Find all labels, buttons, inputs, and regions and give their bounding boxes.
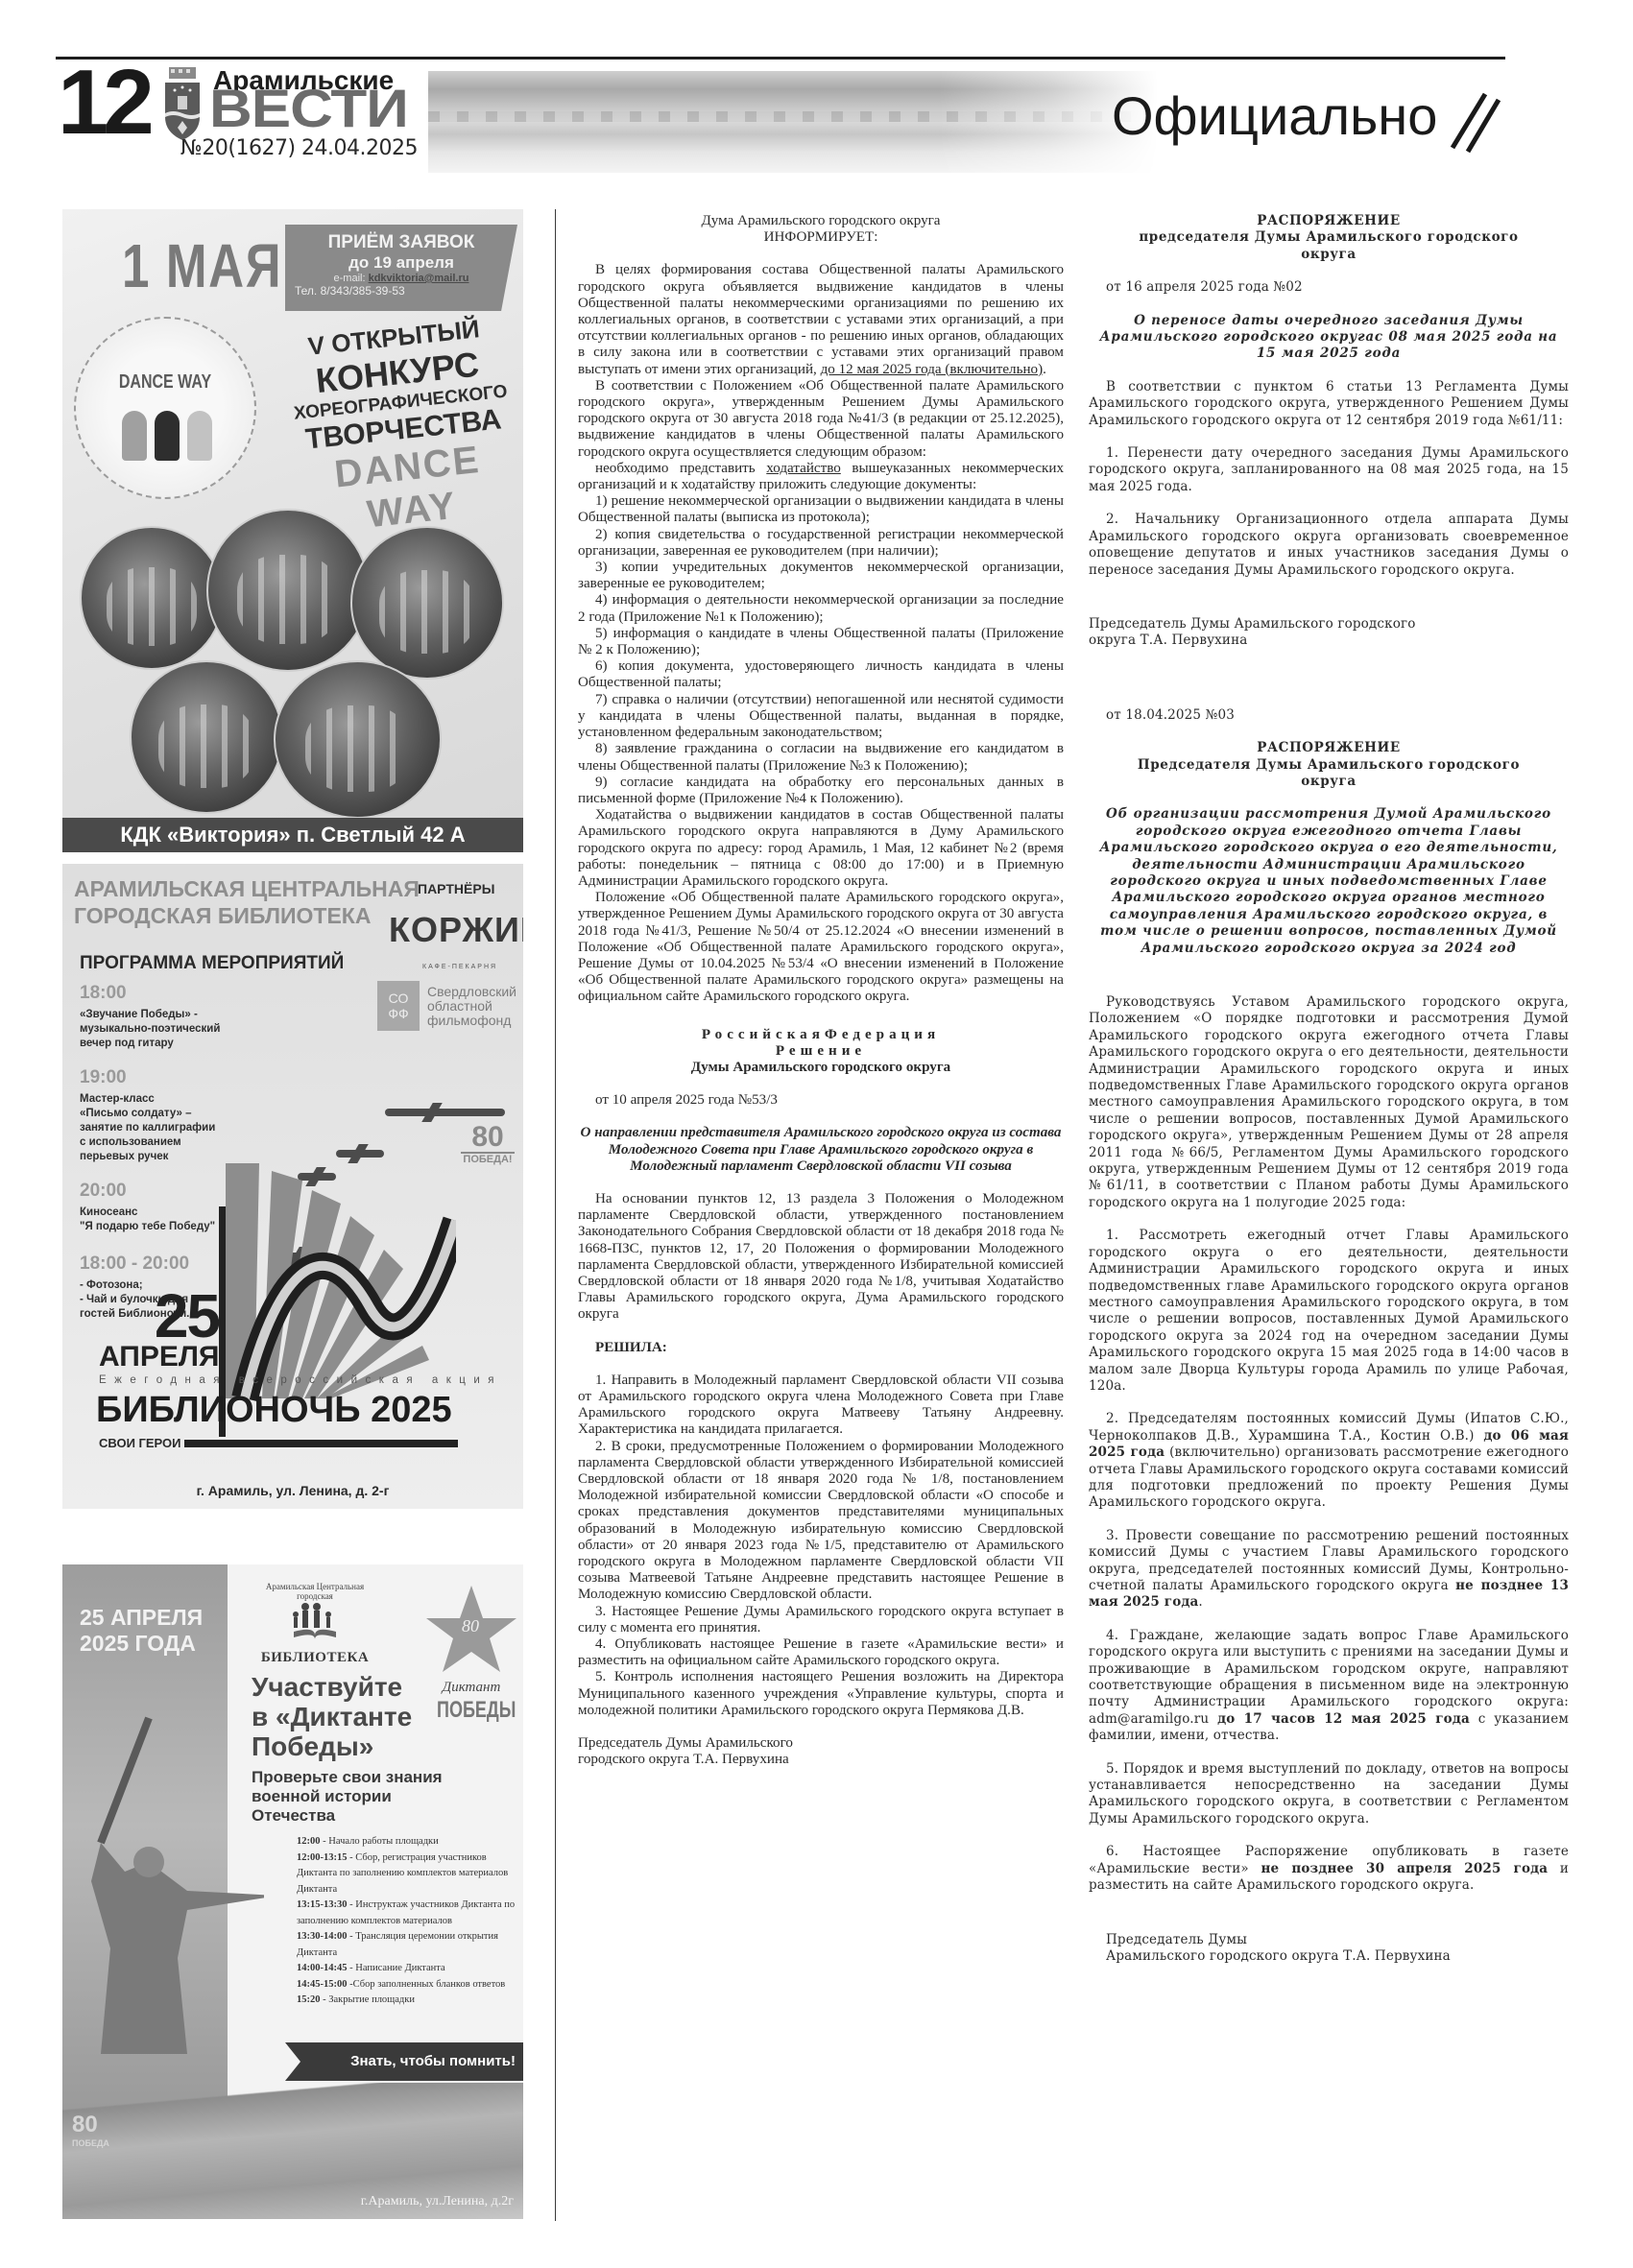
page-number: 12 (58, 61, 149, 144)
order2-header-type: РАСПОРЯЖЕНИЕ (1089, 740, 1569, 756)
document-list-item: 6) копия документа, удостоверяющего личн… (578, 658, 1064, 691)
schedule-text: Написание Диктанта (355, 1963, 444, 1973)
order2-header-org: Председателя Думы Арамильского городског… (1089, 757, 1569, 791)
schedule-time: 12:00 (297, 1836, 321, 1847)
dictation-logo: 80 Диктант ПОБЕДЫ (425, 1584, 517, 1732)
paragraph-text: необходимо представить (595, 461, 766, 476)
order2-item: 1. Рассмотреть ежегодный отчет Главы Ара… (1089, 1228, 1569, 1395)
decision-item: 2. В сроки, предусмотренные Положением о… (578, 1439, 1064, 1604)
decision-header-country: РоссийскаяФедерация (578, 1027, 1064, 1043)
order2-preamble: Руководствуясь Уставом Арамильского горо… (1089, 994, 1569, 1211)
inform-header-org: Дума Арамильского городского округа (578, 213, 1064, 229)
schedule-time: 15:20 (297, 1994, 321, 2005)
middle-column: Дума Арамильского городского округа ИНФО… (578, 213, 1064, 1768)
biblionoch-subtitle: СВОИ ГЕРОИ (99, 1436, 181, 1450)
deadline-underlined: до 12 мая 2025 года (включительно) (821, 362, 1044, 377)
decision-item: 5. Контроль исполнения настоящего Решени… (578, 1669, 1064, 1719)
inform-paragraph: Ходатайства о выдвижении кандидатов в со… (578, 807, 1064, 890)
order1-header-org: председателя Думы Арамильского городског… (1089, 229, 1569, 263)
order1-preamble: В соответствии с пунктом 6 статьи 13 Рег… (1089, 379, 1569, 429)
dance-ad-venue: КДК «Виктория» п. Светлый 42 А (62, 818, 523, 852)
order1-signature: Председатель Думы Арамильского городског… (1089, 616, 1569, 650)
dictation-subheadline: Проверьте свои знания военной истории От… (252, 1768, 443, 1826)
decision-preamble: На основании пунктов 12, 13 раздела 3 По… (578, 1191, 1064, 1324)
order2-item: 4. Граждане, желающие задать вопрос Глав… (1089, 1628, 1569, 1745)
inform-paragraph: необходимо представить ходатайство вышеу… (578, 461, 1064, 493)
headline-line: Победы» (252, 1731, 412, 1761)
double-slash-icon (1445, 88, 1502, 155)
headline-line: в «Диктанте (252, 1702, 412, 1731)
schedule-item: 12:00-13:15 - Сбор, регистрация участник… (297, 1850, 517, 1898)
order2-item: 3. Провести совещание по рассмотрению ре… (1089, 1528, 1569, 1611)
signature-line: Арамильского городского округа Т.А. Перв… (1106, 1948, 1569, 1965)
schedule-item: 13:15-13:30 - Инструктаж участников Дикт… (297, 1898, 517, 1929)
subheadline-line: Отечества (252, 1806, 443, 1826)
deadline-bold: до 17 часов 12 мая 2025 года (1217, 1711, 1470, 1727)
dancing-child-figure-icon (122, 411, 147, 461)
signature-line: Председатель Думы Арамильского городског… (1089, 616, 1569, 633)
order1-header-type: РАСПОРЯЖЕНИЕ (1089, 213, 1569, 229)
dance-contest-title: V ОТКРЫТЫЙ КОНКУРС ХОРЕОГРАФИЧЕСКОГО ТВО… (282, 312, 523, 544)
order1-date: от 16 апреля 2025 года №02 (1089, 279, 1569, 296)
dance-photo-circle (274, 660, 442, 819)
schedule-item: 14:45-15:00 -Сбор заполненных бланков от… (297, 1977, 517, 1993)
biblionoch-month: АПРЕЛЯ (99, 1341, 219, 1373)
signature-line: Председатель Думы Арамильского (578, 1735, 1064, 1752)
headline-line: Участвуйте (252, 1672, 412, 1702)
library-name-line: ГОРОДСКАЯ БИБЛИОТЕКА (74, 902, 420, 929)
dance-way-logo-name: DANCE WAY (94, 371, 237, 394)
korzhik-logo: КОРЖИК (389, 910, 523, 950)
filmfond-name: Свердловский областной фильмофонд (427, 985, 516, 1028)
program-event: 18:00 «Звучание Победы» - музыкально-поэ… (80, 983, 252, 1051)
decision-title: О направлении представителя Арамильского… (578, 1125, 1064, 1175)
schedule-text: Сбор заполненных бланков ответов (353, 1979, 506, 1990)
event-description: Мастер-класс «Письмо солдату» – занятие … (80, 1092, 252, 1164)
dance-photo-circle (80, 526, 224, 670)
library-name: АРАМИЛЬСКАЯ ЦЕНТРАЛЬНАЯ ГОРОДСКАЯ БИБЛИО… (74, 875, 420, 929)
dance-contest-ad: 1 МАЯ ПРИЁМ ЗАЯВОК до 19 апреля e-mail: … (62, 209, 523, 852)
column-divider (555, 209, 556, 2221)
application-email-link[interactable]: kdkviktoria@mail.ru (369, 273, 469, 284)
paragraph-text: В целях формирования состава Общественно… (578, 262, 1064, 376)
decorative-bar (184, 1440, 458, 1447)
dictation-schedule: 12:00 - Начало работы площадки 12:00-13:… (297, 1834, 517, 2009)
document-list-item: 4) информация о деятельности некоммерчес… (578, 592, 1064, 625)
schedule-item: 12:00 - Начало работы площадки (297, 1834, 517, 1850)
document-list-item: 2) копия свидетельства о государственной… (578, 527, 1064, 560)
dictation-headline: Участвуйте в «Диктанте Победы» (252, 1672, 412, 1761)
library-logo-arc-text: Арамильская Центральная городская (252, 1582, 377, 1601)
inform-header-title: ИНФОРМИРУЕТ: (578, 229, 1064, 246)
victory-dictation-ad: 25 АПРЕЛЯ 2025 ГОДА Арамильская Централь… (62, 1564, 523, 2219)
order2-item: 5. Порядок и время выступлений по доклад… (1089, 1761, 1569, 1828)
family-book-icon (286, 1601, 344, 1639)
decision-signature: Председатель Думы Арамильского городског… (578, 1735, 1064, 1768)
schedule-item: 14:00-14:45 - Написание Диктанта (297, 1961, 517, 1977)
deadline-bold: не позднее 30 апреля 2025 года (1261, 1861, 1549, 1876)
schedule-time: 13:15-13:30 (297, 1899, 348, 1910)
biblionoch-ad: АРАМИЛЬСКАЯ ЦЕНТРАЛЬНАЯ ГОРОДСКАЯ БИБЛИО… (62, 864, 523, 1555)
biblionoch-day: 25 (89, 1286, 219, 1346)
schedule-text: Закрытие площадки (328, 1994, 415, 2005)
order2-item: 2. Председателям постоянных комиссий Дум… (1089, 1411, 1569, 1511)
issue-number-date: №20(1627) 24.04.2025 (180, 136, 418, 160)
victory-80-badge: 80 ПОБЕДА! (461, 1123, 515, 1165)
order1-title: О переносе даты очередного заседания Дум… (1089, 313, 1569, 363)
victory-badge-number: 80 (461, 1123, 515, 1152)
dictation-slogan: Знать, чтобы помнить! (285, 2042, 523, 2081)
library-name-line: АРАМИЛЬСКАЯ ЦЕНТРАЛЬНАЯ (74, 875, 420, 902)
document-list-item: 3) копии учредительных документов некомм… (578, 560, 1064, 592)
partners-label: ПАРТНЁРЫ (418, 881, 494, 896)
library-logo: Арамильская Центральная городская БИБЛИО… (252, 1582, 377, 1666)
dance-photo-circle (350, 526, 504, 680)
document-list-item: 1) решение некоммерческой организации о … (578, 493, 1064, 526)
decision-item: 4. Опубликовать настоящее Решение в газе… (578, 1636, 1064, 1669)
svg-text:80: 80 (462, 1616, 479, 1635)
decision-item: 1. Направить в Молодежный парламент Свер… (578, 1373, 1064, 1439)
event-description: «Звучание Победы» - музыкально-поэтическ… (80, 1008, 252, 1051)
decision-header-type: Решение (578, 1043, 1064, 1060)
program-title: ПРОГРАММА МЕРОПРИЯТИЙ (80, 953, 344, 974)
airplane-icon (336, 1150, 384, 1158)
order2-date: от 18.04.2025 №03 (1089, 707, 1569, 724)
decision-resolved-label: РЕШИЛА: (578, 1340, 1064, 1356)
document-list-item: 7) справка о наличии (отсутствии) непога… (578, 692, 1064, 742)
schedule-text: Начало работы площадки (328, 1836, 439, 1847)
section-title: Официально (1112, 84, 1437, 147)
masthead-landscape-photo (428, 71, 1158, 173)
dancing-child-figure-icon (155, 411, 180, 461)
motherland-statue-icon (72, 1708, 264, 2054)
schedule-time: 12:00-13:15 (297, 1852, 348, 1863)
filmfond-logo-icon: СО ФФ (377, 981, 420, 1031)
application-email-line: e-mail: kdkviktoria@mail.ru (285, 273, 517, 284)
decision-item: 3. Настоящее Решение Думы Арамильского г… (578, 1604, 1064, 1636)
filmfond-name-line: областной (427, 999, 516, 1014)
book-ribbon-illustration-icon (216, 1163, 456, 1403)
schedule-item: 13:30-14:00 - Трансляция церемонии откры… (297, 1929, 517, 1961)
dictation-date-line: 2025 ГОДА (80, 1631, 203, 1657)
inform-paragraph: В соответствии с Положением «Об Обществе… (578, 378, 1064, 461)
decision-header-org: Думы Арамильского городского округа (578, 1060, 1064, 1076)
signature-line: округа Т.А. Первухина (1089, 633, 1569, 649)
dance-photo-circle (206, 509, 370, 672)
application-deadline: до 19 апреля (285, 253, 517, 273)
victory-badge-number: 80 (72, 2112, 109, 2138)
city-coat-of-arms-icon (163, 67, 202, 142)
subheadline-line: Проверьте свои знания (252, 1768, 443, 1787)
newspaper-name-main: ВЕСТИ (209, 83, 408, 136)
signature-line: Председатель Думы (1106, 1932, 1569, 1948)
event-time: 19:00 (80, 1067, 252, 1088)
dictation-logo-bold: ПОБЕДЫ (437, 1697, 506, 1724)
dancing-child-figure-icon (187, 411, 212, 461)
order2-item: 6. Настоящее Распоряжение опубликовать в… (1089, 1844, 1569, 1894)
inform-paragraph: Положение «Об Общественной палате Арамил… (578, 890, 1064, 1005)
document-list-item: 9) согласие кандидата на обработку его п… (578, 775, 1064, 807)
filmfond-name-line: Свердловский (427, 985, 516, 999)
biblionoch-address: г. Арамиль, ул. Ленина, д. 2-г (62, 1483, 523, 1498)
victory-80-badge: 80 ПОБЕДА (72, 2112, 109, 2148)
masthead-top-rule (56, 57, 1505, 60)
victory-badge-text: ПОБЕДА! (461, 1152, 515, 1165)
application-title: ПРИЁМ ЗАЯВОК (285, 232, 517, 253)
order2-signature: Председатель Думы Арамильского городског… (1089, 1932, 1569, 1966)
signature-line: городского округа Т.А. Первухина (578, 1752, 1064, 1768)
subheadline-line: военной истории (252, 1787, 443, 1806)
event-time: 18:00 (80, 983, 252, 1004)
order1-item: 2. Начальнику Организационного отдела ап… (1089, 512, 1569, 579)
inform-paragraph: В целях формирования состава Общественно… (578, 262, 1064, 377)
dictation-logo-script: Диктант (425, 1680, 517, 1696)
document-list-item: 5) информация о кандидате в члены Общест… (578, 626, 1064, 658)
ad-spacer (62, 1509, 523, 1555)
biblionoch-annual-label: Ежегодная всероссийская акция (99, 1374, 502, 1386)
schedule-time: 14:45-15:00 (297, 1979, 348, 1990)
airplane-icon (385, 1109, 505, 1116)
application-phone: Тел. 8/343/385-39-53 (285, 284, 517, 298)
schedule-item: 15:20 - Закрытие площадки (297, 1993, 517, 2009)
order1-item: 1. Перенести дату очередного заседания Д… (1089, 445, 1569, 495)
library-logo-name: БИБЛИОТЕКА (252, 1650, 377, 1666)
document-list-item: 8) заявление гражданина о согласии на вы… (578, 741, 1064, 774)
filmfond-name-line: фильмофонд (427, 1014, 516, 1028)
star-80-years-icon: 80 (425, 1584, 517, 1680)
dictation-date-line: 25 АПРЕЛЯ (80, 1605, 203, 1631)
schedule-time: 13:30-14:00 (297, 1931, 348, 1942)
decision-date: от 10 апреля 2025 года №53/3 (578, 1092, 1064, 1109)
dance-way-logo: DANCE WAY (74, 317, 256, 499)
right-column: РАСПОРЯЖЕНИЕ председателя Думы Арамильск… (1089, 213, 1569, 1965)
victory-badge-text: ПОБЕДА (72, 2138, 109, 2148)
korzhik-subtitle: КАФЕ-ПЕКАРНЯ (422, 964, 497, 970)
order2-title: Об организации рассмотрения Думой Арамил… (1089, 806, 1569, 957)
schedule-time: 14:00-14:45 (297, 1963, 348, 1973)
paragraph-text: . (1043, 362, 1046, 377)
biblionoch-title: БИБЛИОНОЧЬ 2025 (96, 1390, 452, 1431)
dance-ad-date: 1 МАЯ (122, 230, 282, 301)
program-event: 19:00 Мастер-класс «Письмо солдату» – за… (80, 1067, 252, 1164)
dictation-address: г.Арамиль, ул.Ленина, д.2г (361, 2194, 514, 2209)
dance-ad-application-box: ПРИЁМ ЗАЯВОК до 19 апреля e-mail: kdkvik… (285, 225, 517, 311)
petition-underlined: ходатайство (766, 461, 841, 476)
email-label: e-mail: (334, 273, 366, 284)
paragraph-text: . (1198, 1594, 1202, 1610)
dictation-date: 25 АПРЕЛЯ 2025 ГОДА (80, 1605, 203, 1657)
dance-photo-circle (130, 660, 283, 814)
